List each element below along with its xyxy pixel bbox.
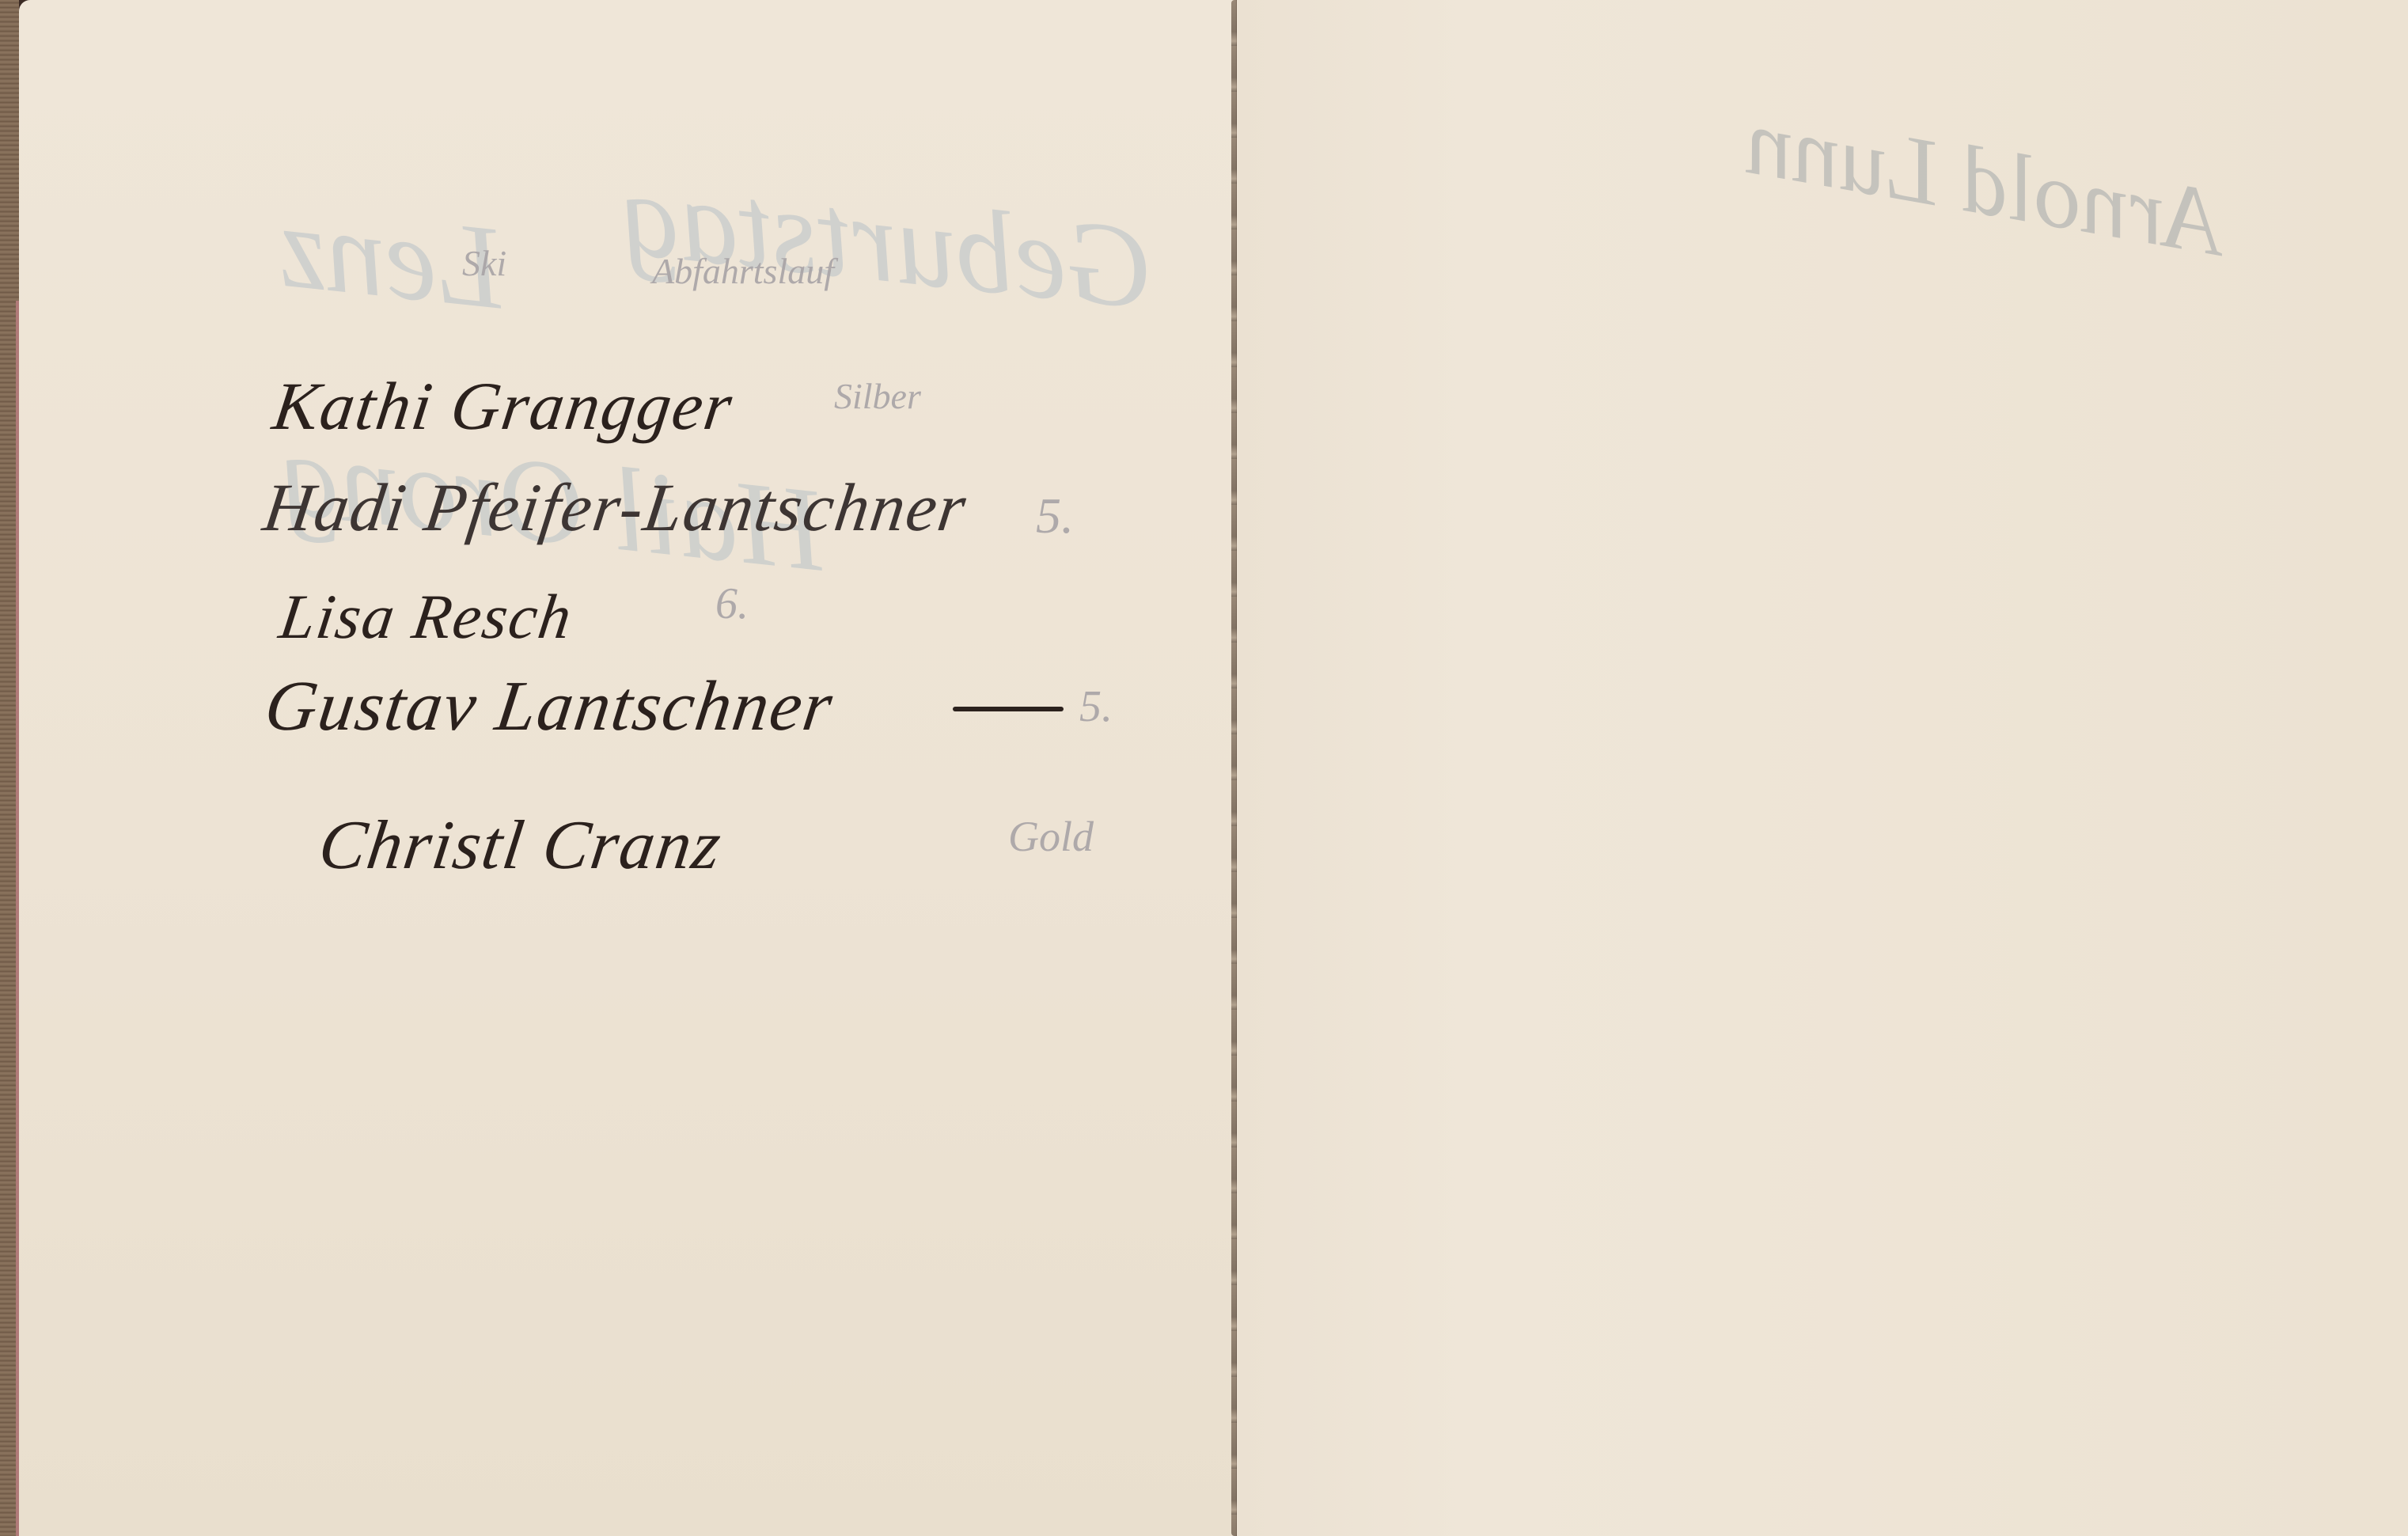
book-scan: Lenz Geburtstag Hail Orong Ski Abfahrtsl… bbox=[0, 0, 2408, 1536]
pencil-annotation-event: Ski bbox=[462, 245, 506, 282]
signature: Hadi Pfeifer-Lantschner bbox=[260, 473, 972, 541]
signature: Gustav Lantschner bbox=[261, 671, 838, 742]
pencil-annotation-place: 5. bbox=[1079, 685, 1113, 729]
pencil-annotation-medal: Silber bbox=[834, 378, 921, 415]
pencil-annotation-discipline: Abfahrtslauf bbox=[652, 253, 834, 290]
right-page: Arnold Lunn bbox=[1237, 0, 2408, 1536]
bleed-through-text: Geburtstag bbox=[616, 154, 1159, 328]
signature: Lisa Resch bbox=[275, 586, 576, 649]
bleed-through-signature: Arnold Lunn bbox=[1739, 93, 2231, 271]
left-page: Lenz Geburtstag Hail Orong Ski Abfahrtsl… bbox=[19, 0, 1236, 1536]
pencil-annotation-place: 5. bbox=[1036, 491, 1074, 541]
pencil-annotation-place: 6. bbox=[715, 582, 749, 626]
signature: Kathi Grangger bbox=[269, 372, 738, 440]
signature-flourish bbox=[953, 707, 1064, 711]
signature: Christl Cranz bbox=[315, 811, 726, 881]
pencil-annotation-medal: Gold bbox=[1008, 815, 1094, 858]
